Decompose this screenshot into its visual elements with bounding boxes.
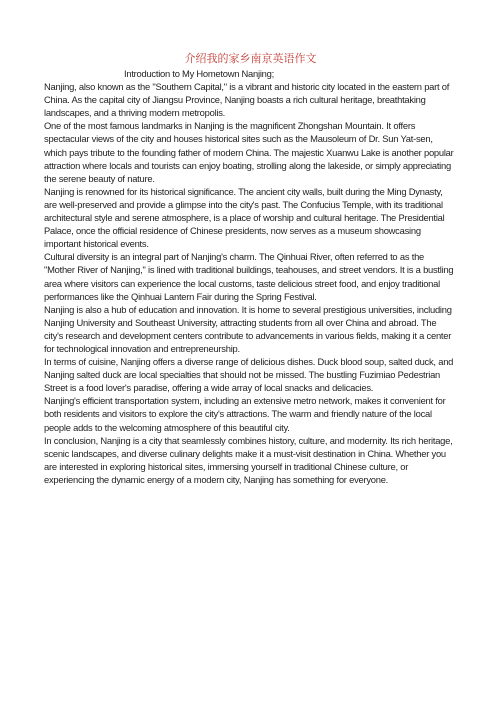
essay-paragraph: Nanjing, also known as the "Southern Cap… xyxy=(44,80,457,119)
essay-paragraph: One of the most famous landmarks in Nanj… xyxy=(44,119,457,184)
essay-paragraph: In conclusion, Nanjing is a city that se… xyxy=(44,434,457,486)
essay-body: Nanjing, also known as the "Southern Cap… xyxy=(44,80,457,486)
essay-paragraph: Nanjing is renowned for its historical s… xyxy=(44,185,457,250)
essay-paragraph: Nanjing is also a hub of education and i… xyxy=(44,303,457,355)
essay-paragraph: Cultural diversity is an integral part o… xyxy=(44,250,457,302)
document-page: 介绍我的家乡南京英语作文 Introduction to My Hometown… xyxy=(44,52,457,486)
document-title: 介绍我的家乡南京英语作文 xyxy=(44,52,457,66)
document-subtitle: Introduction to My Hometown Nanjing; xyxy=(124,67,457,80)
essay-paragraph: In terms of cuisine, Nanjing offers a di… xyxy=(44,355,457,394)
essay-paragraph: Nanjing's efficient transportation syste… xyxy=(44,394,457,433)
document-canvas: 介绍我的家乡南京英语作文 Introduction to My Hometown… xyxy=(0,0,496,702)
